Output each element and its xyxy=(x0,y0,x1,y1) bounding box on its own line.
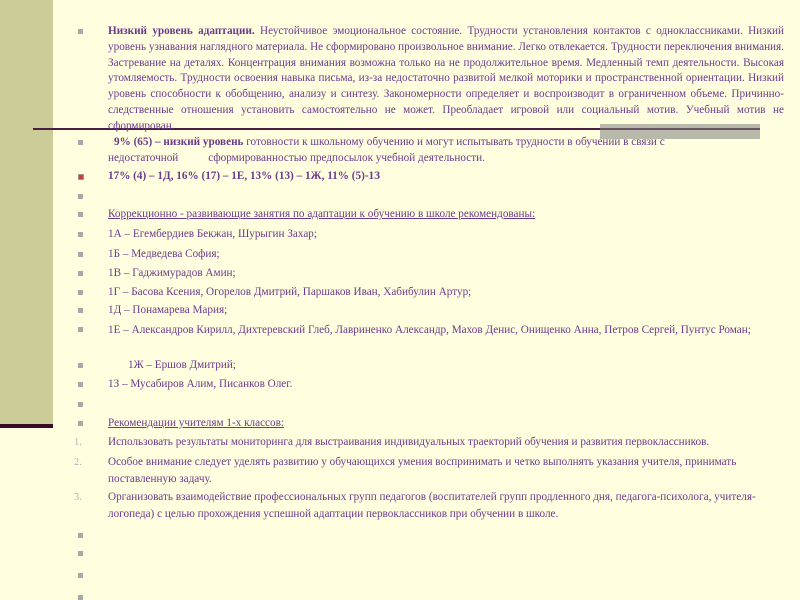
square-bullet-icon xyxy=(78,308,83,313)
stats-class-label: -1З xyxy=(365,170,380,182)
class-1v-students: 1В – Гаджимурадов Амин; xyxy=(108,266,784,282)
recommendation-number: 2. xyxy=(74,454,82,471)
square-bullet-icon xyxy=(78,29,83,34)
square-bullet-icon xyxy=(78,232,83,237)
stats-class-label: – 1Д, xyxy=(146,170,176,182)
square-bullet-icon xyxy=(78,252,83,257)
square-bullet-icon xyxy=(78,140,83,145)
class-1z-students: 1З – Мусабиров Алим, Писанков Олег. xyxy=(108,377,784,393)
slide-sidebar-decoration xyxy=(0,0,53,425)
square-bullet-icon xyxy=(78,271,83,276)
selection-overlay-bar xyxy=(600,124,760,139)
class-1zh-students: 1Ж – Ершов Дмитрий; xyxy=(108,358,784,374)
low-adaptation-paragraph: Низкий уровень адаптации. Неустойчивое э… xyxy=(108,24,784,135)
square-bullet-icon xyxy=(78,327,83,332)
low-readiness-paragraph: 9% (65) – низкий уровень готовности к шк… xyxy=(108,135,784,167)
class-1e-students: 1Е – Александров Кирилл, Дихтеревский Гл… xyxy=(108,322,784,339)
recommendation-text: Особое внимание следует уделять развитию… xyxy=(108,454,784,488)
square-bullet-icon xyxy=(78,573,83,578)
recommendations-heading: Рекомендации учителям 1-х классов: xyxy=(108,416,784,432)
square-bullet-icon xyxy=(78,595,83,600)
class-1a-students: 1А – Егембердиев Бекжан, Шурыгин Захар; xyxy=(108,227,784,243)
recommendation-number: 3. xyxy=(74,489,82,506)
low-readiness-lead: 9% (65) – низкий уровень xyxy=(114,136,243,148)
square-bullet-icon xyxy=(78,290,83,295)
square-bullet-icon xyxy=(78,551,83,556)
correction-heading: Коррекционно - развивающие занятия по ад… xyxy=(108,207,784,223)
square-bullet-icon xyxy=(78,382,83,387)
low-readiness-text-2a: недостаточной xyxy=(108,152,178,164)
low-readiness-text-2b: сформированностью предпосылок учебной де… xyxy=(208,152,485,164)
recommendation-text: Организовать взаимодействие профессионал… xyxy=(108,489,784,523)
recommendation-number: 1. xyxy=(74,435,82,451)
square-bullet-icon xyxy=(78,402,83,407)
recommendation-text: Использовать результаты мониторинга для … xyxy=(108,435,784,451)
stats-value: 11% (5) xyxy=(327,170,365,182)
stats-class-label: – 1Е, xyxy=(220,170,250,182)
square-bullet-icon xyxy=(78,194,83,199)
class-1d-students: 1Д – Понамарева Мария; xyxy=(108,303,784,319)
square-bullet-icon xyxy=(78,363,83,368)
square-bullet-icon xyxy=(78,212,83,217)
class-1g-students: 1Г – Басова Ксения, Огорелов Дмитрий, Па… xyxy=(108,285,784,301)
square-bullet-icon xyxy=(78,533,83,538)
stats-value: 16% (17) xyxy=(176,170,220,182)
low-adaptation-body: Неустойчивое эмоциональное состояние. Тр… xyxy=(108,25,784,132)
stats-class-label: – 1Ж, xyxy=(294,170,327,182)
stats-line: 17% (4) – 1Д, 16% (17) – 1Е, 13% (13) – … xyxy=(108,169,784,185)
sidebar-accent-bar xyxy=(0,424,53,428)
stats-value: 13% (13) xyxy=(250,170,294,182)
square-bullet-accent-icon xyxy=(78,174,84,180)
stats-value: 17% (4) xyxy=(108,170,146,182)
low-adaptation-heading: Низкий уровень адаптации. xyxy=(108,25,255,37)
class-1b-students: 1Б – Медведева София; xyxy=(108,247,784,263)
square-bullet-icon xyxy=(78,421,83,426)
